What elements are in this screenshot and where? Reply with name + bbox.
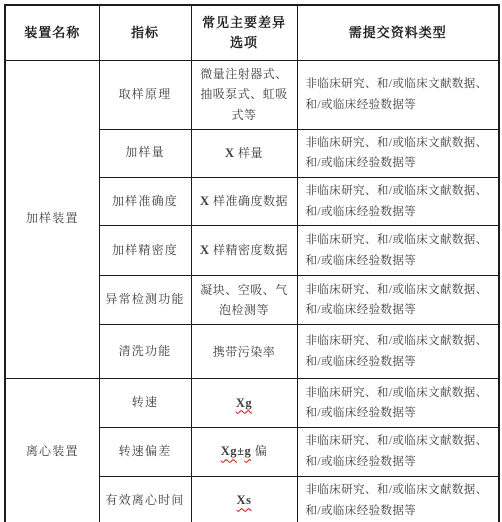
submit-type-line: 非临床研究、和/或临床文献数据、 (306, 234, 488, 246)
option-cell: X 样量 (191, 129, 297, 177)
submit-type-line: 非临床研究、和/或临床文献数据、 (306, 78, 488, 90)
table-body: 加样装置取样原理微量注射器式、抽吸泵式、虹吸式等非临床研究、和/或临床文献数据、… (5, 60, 499, 522)
indicator-cell: 转速 (99, 379, 191, 428)
option-cell: Xs (191, 476, 297, 522)
document-page: 装置名称 指标 常见主要差异选项 需提交资料类型 加样装置取样原理微量注射器式、… (0, 0, 502, 522)
submit-type-cell: 非临床研究、和/或临床文献数据、和/或临床经验数据等 (297, 428, 499, 476)
option-cell: Xg±g 偏 (191, 428, 297, 476)
column-header-difference-options: 常见主要差异选项 (191, 5, 297, 60)
submit-type-line: 和/或临床经验数据等 (306, 255, 417, 267)
submit-type-line: 和/或临床经验数据等 (306, 157, 417, 169)
device-name-cell: 加样装置 (5, 60, 99, 379)
column-header-indicator: 指标 (99, 5, 191, 60)
submit-type-line: 非临床研究、和/或临床文献数据、 (306, 387, 488, 399)
indicator-cell: 清洗功能 (99, 325, 191, 379)
misspelled-term: Xg (221, 444, 237, 458)
submit-type-line: 和/或临床经验数据等 (306, 206, 417, 218)
comparison-table: 装置名称 指标 常见主要差异选项 需提交资料类型 加样装置取样原理微量注射器式、… (4, 4, 500, 522)
submit-type-cell: 非临床研究、和/或临床文献数据、和/或临床经验数据等 (297, 325, 499, 379)
submit-type-line: 非临床研究、和/或临床文献数据、 (306, 435, 488, 447)
option-cell: 凝块、空吸、气泡检测等 (191, 276, 297, 325)
option-cell: 携带污染率 (191, 325, 297, 379)
column-header-submit-type: 需提交资料类型 (297, 5, 499, 60)
table-header: 装置名称 指标 常见主要差异选项 需提交资料类型 (5, 5, 499, 60)
indicator-cell: 加样精密度 (99, 226, 191, 276)
indicator-cell: 加样准确度 (99, 177, 191, 225)
submit-type-cell: 非临床研究、和/或临床文献数据、和/或临床经验数据等 (297, 177, 499, 225)
option-cell: X 样准确度数据 (191, 177, 297, 225)
option-text: X (225, 146, 235, 160)
misspelled-term: Xg (236, 396, 252, 410)
option-text: X (200, 194, 210, 208)
submit-type-cell: 非临床研究、和/或临床文献数据、和/或临床经验数据等 (297, 129, 499, 177)
option-text: 样准确度数据 (210, 194, 289, 208)
submit-type-cell: 非临床研究、和/或临床文献数据、和/或临床经验数据等 (297, 379, 499, 428)
submit-type-cell: 非临床研究、和/或临床文献数据、和/或临床经验数据等 (297, 226, 499, 276)
option-text: X (200, 243, 210, 257)
indicator-cell: 异常检测功能 (99, 276, 191, 325)
header-row: 装置名称 指标 常见主要差异选项 需提交资料类型 (5, 5, 499, 60)
submit-type-cell: 非临床研究、和/或临床文献数据、和/或临床经验数据等 (297, 476, 499, 522)
option-text: 微量注射器式、抽吸泵式、虹吸式等 (200, 67, 288, 122)
submit-type-cell: 非临床研究、和/或临床文献数据、和/或临床经验数据等 (297, 60, 499, 129)
submit-type-line: 非临床研究、和/或临床文献数据、 (306, 484, 488, 496)
option-text: 样量 (235, 146, 264, 160)
option-text: 凝块、空吸、气泡检测等 (200, 283, 288, 317)
submit-type-line: 和/或临床经验数据等 (306, 456, 417, 468)
option-text: 偏 (251, 444, 267, 458)
indicator-cell: 取样原理 (99, 60, 191, 129)
misspelled-term: Xs (237, 493, 252, 507)
submit-type-line: 非临床研究、和/或临床文献数据、 (306, 185, 488, 197)
indicator-cell: 加样量 (99, 129, 191, 177)
submit-type-line: 和/或临床经验数据等 (306, 304, 417, 316)
option-cell: 微量注射器式、抽吸泵式、虹吸式等 (191, 60, 297, 129)
submit-type-line: 和/或临床经验数据等 (306, 356, 417, 368)
table-row: 加样装置取样原理微量注射器式、抽吸泵式、虹吸式等非临床研究、和/或临床文献数据、… (5, 60, 499, 129)
submit-type-line: 非临床研究、和/或临床文献数据、 (306, 335, 488, 347)
table-row: 离心装置转速Xg非临床研究、和/或临床文献数据、和/或临床经验数据等 (5, 379, 499, 428)
option-cell: X 样精密度数据 (191, 226, 297, 276)
submit-type-line: 和/或临床经验数据等 (306, 407, 417, 419)
option-cell: Xg (191, 379, 297, 428)
indicator-cell: 转速偏差 (99, 428, 191, 476)
submit-type-line: 非临床研究、和/或临床文献数据、 (306, 137, 488, 149)
submit-type-cell: 非临床研究、和/或临床文献数据、和/或临床经验数据等 (297, 276, 499, 325)
device-name-cell: 离心装置 (5, 379, 99, 522)
column-header-device: 装置名称 (5, 5, 99, 60)
option-text: 携带污染率 (213, 345, 276, 359)
submit-type-line: 和/或临床经验数据等 (306, 505, 417, 517)
option-text: 样精密度数据 (210, 243, 289, 257)
indicator-cell: 有效离心时间 (99, 476, 191, 522)
submit-type-line: 和/或临床经验数据等 (306, 99, 417, 111)
submit-type-line: 非临床研究、和/或临床文献数据、 (306, 284, 488, 296)
